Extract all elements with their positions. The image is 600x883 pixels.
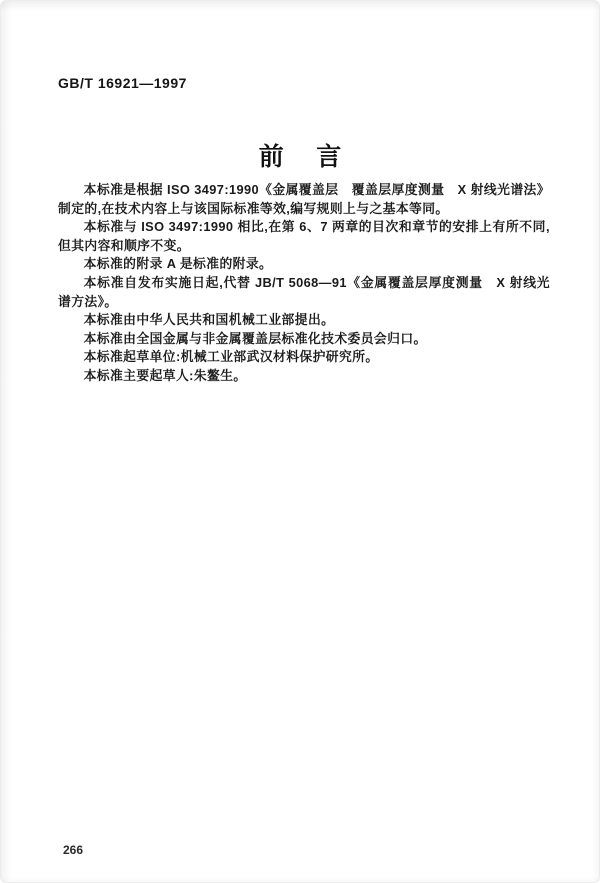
foreword-body: 本标准是根据 ISO 3497:1990《金属覆盖层 覆盖层厚度测量 X 射线光… — [58, 181, 550, 386]
standard-number: GB/T 16921—1997 — [58, 75, 187, 91]
foreword-paragraph: 本标准主要起草人:朱鳌生。 — [58, 367, 550, 386]
foreword-paragraph: 本标准由全国金属与非金属覆盖层标准化技术委员会归口。 — [58, 330, 550, 349]
foreword-paragraph: 本标准是根据 ISO 3497:1990《金属覆盖层 覆盖层厚度测量 X 射线光… — [58, 181, 550, 218]
document-page: GB/T 16921—1997 前言 本标准是根据 ISO 3497:1990《… — [0, 0, 600, 883]
foreword-paragraph: 本标准与 ISO 3497:1990 相比,在第 6、7 两章的目次和章节的安排… — [58, 218, 550, 255]
foreword-paragraph: 本标准起草单位:机械工业部武汉材料保护研究所。 — [58, 348, 550, 367]
foreword-paragraph: 本标准的附录 A 是标准的附录。 — [58, 255, 550, 274]
page-number: 266 — [63, 843, 83, 857]
page-title: 前言 — [1, 137, 599, 173]
foreword-paragraph: 本标准由中华人民共和国机械工业部提出。 — [58, 311, 550, 330]
foreword-paragraph: 本标准自发布实施日起,代替 JB/T 5068—91《金属覆盖层厚度测量 X 射… — [58, 274, 550, 311]
